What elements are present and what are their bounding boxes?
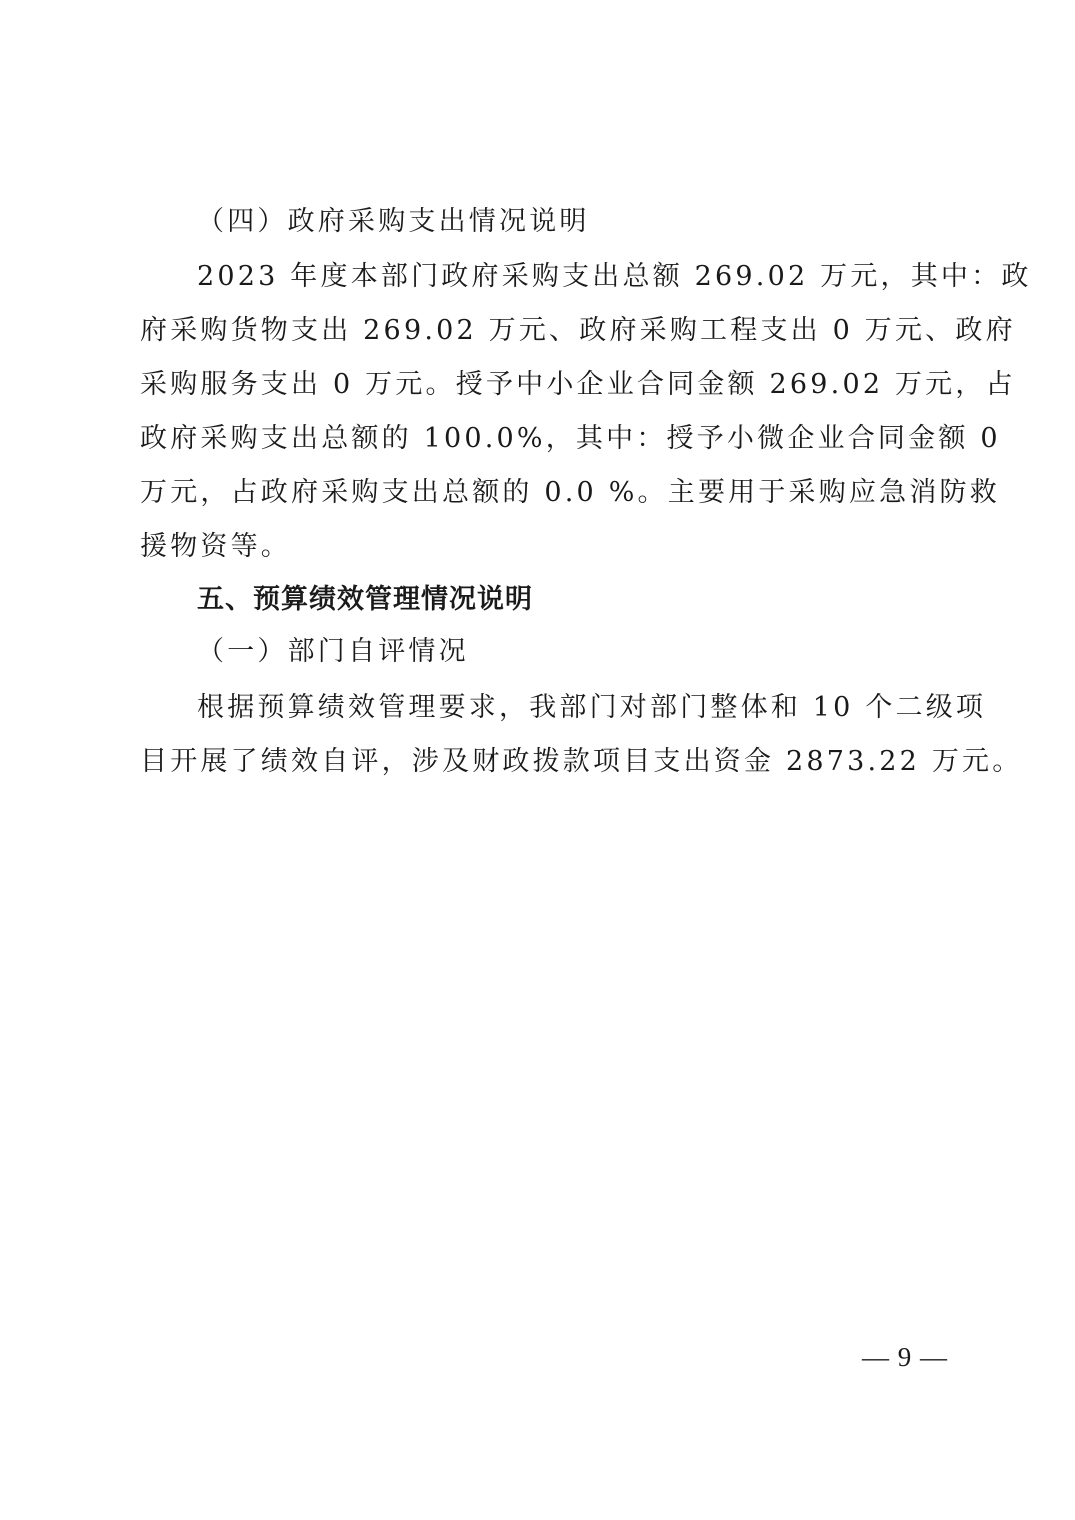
paragraph-line: 2023 年度本部门政府采购支出总额 269.02 万元，其中：政 <box>197 257 997 297</box>
subsection-title-government-procurement: （四）政府采购支出情况说明 <box>197 202 997 242</box>
paragraph-line: 万元，占政府采购支出总额的 0.0 %。主要用于采购应急消防救 <box>140 473 940 513</box>
paragraph-line: 援物资等。 <box>140 527 940 567</box>
subsection-title-self-evaluation: （一）部门自评情况 <box>197 632 997 672</box>
paragraph-line: 采购服务支出 0 万元。授予中小企业合同金额 269.02 万元，占 <box>140 365 940 405</box>
paragraph-line: 目开展了绩效自评，涉及财政拨款项目支出资金 2873.22 万元。 <box>140 742 940 782</box>
page-number: — 9 — <box>862 1342 948 1372</box>
paragraph-line: 政府采购支出总额的 100.0%，其中：授予小微企业合同金额 0 <box>140 419 940 459</box>
document-page: （四）政府采购支出情况说明 2023 年度本部门政府采购支出总额 269.02 … <box>0 0 1075 1520</box>
section-title-budget-performance: 五、预算绩效管理情况说明 <box>197 580 997 620</box>
paragraph-line: 府采购货物支出 269.02 万元、政府采购工程支出 0 万元、政府 <box>140 311 940 351</box>
paragraph-line: 根据预算绩效管理要求，我部门对部门整体和 10 个二级项 <box>197 688 997 728</box>
